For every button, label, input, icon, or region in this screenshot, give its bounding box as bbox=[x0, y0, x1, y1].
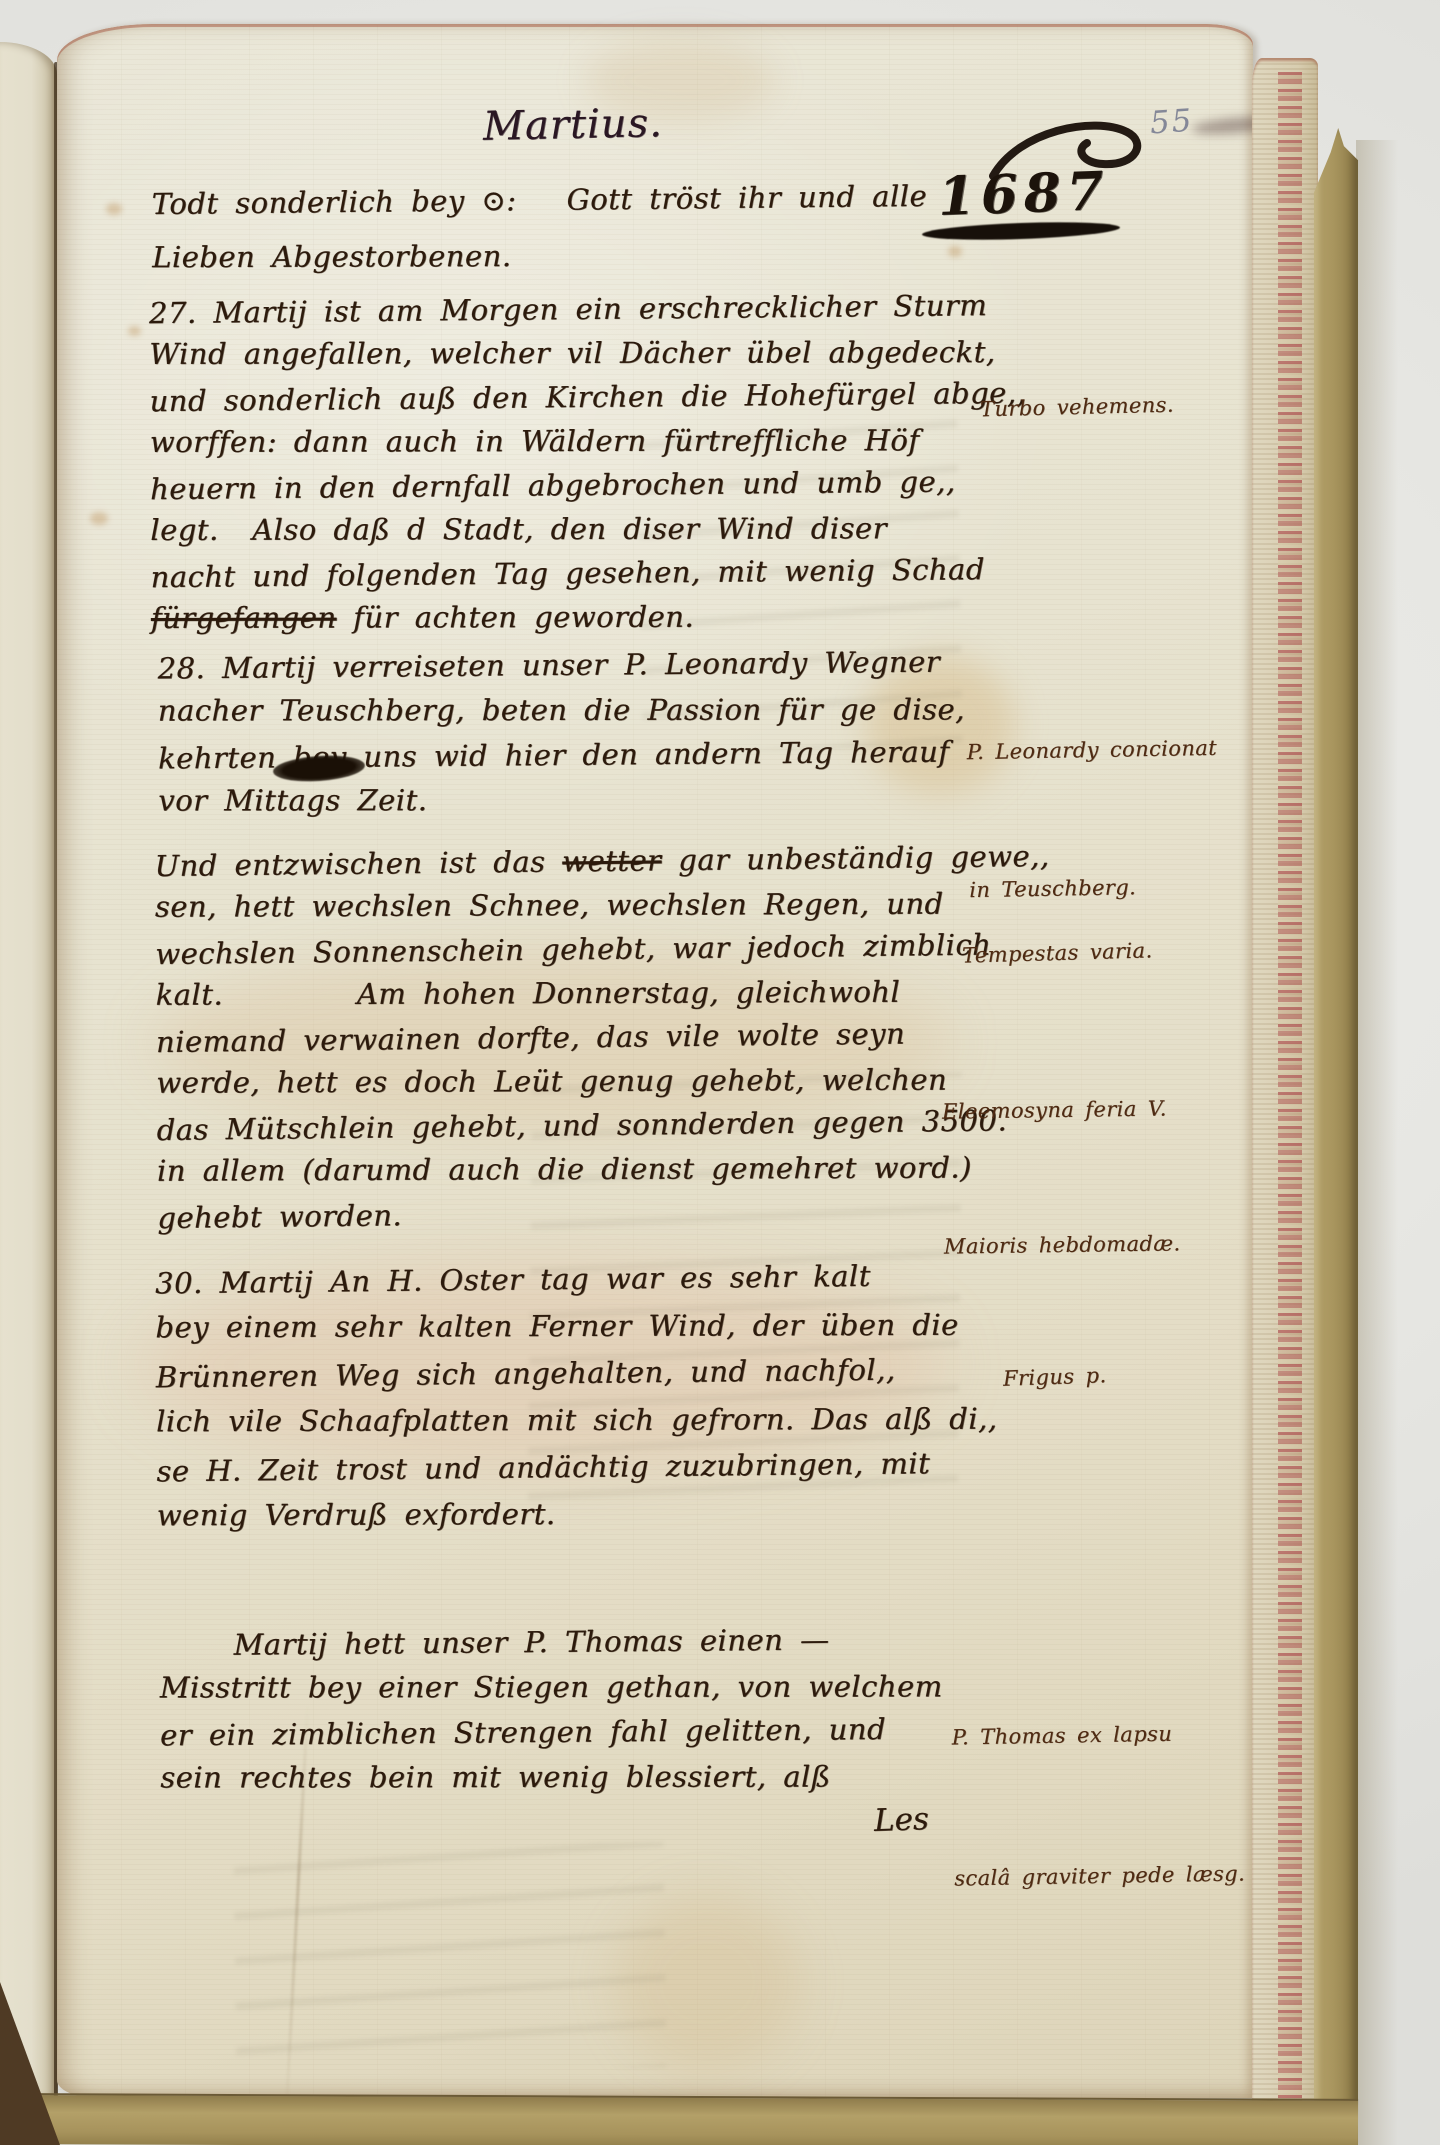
manuscript-line: sen, hett wechslen Schnee, wechslen Rege… bbox=[155, 881, 1050, 929]
foxing-spot bbox=[128, 326, 141, 336]
diary-entry-march-27: 27. Martij ist am Morgen ein erschreckli… bbox=[149, 284, 1028, 641]
manuscript-line: gehebt worden. bbox=[157, 1186, 1052, 1240]
margin-note-line: Turbo vehemens. bbox=[979, 382, 1174, 433]
manuscript-line: Martij hett unser P. Thomas einen — bbox=[159, 1617, 942, 1669]
diary-entry-thomas: Martij hett unser P. Thomas einen — Miss… bbox=[160, 1618, 944, 1802]
manuscript-line: er ein zimblichen Strengen fahl gelitten… bbox=[160, 1707, 943, 1759]
manuscript-line: Todt sonderlich bey ⊙: Gott tröst ihr un… bbox=[152, 168, 928, 232]
diary-entry-intro: Todt sonderlich bey ⊙: Gott tröst ihr un… bbox=[152, 169, 928, 286]
manuscript-line: 27. Martij ist am Morgen ein erschreckli… bbox=[149, 283, 1026, 335]
foxing-spot bbox=[106, 203, 122, 215]
red-sprinkled-edge bbox=[1278, 72, 1302, 2145]
margin-note: Frigus p. bbox=[999, 1260, 1110, 1493]
manuscript-line: 28. Martij verreiseten unser P. Leonardy… bbox=[157, 639, 964, 691]
manuscript-line: wechslen Sonnenschein gehebt, war jedoch… bbox=[155, 922, 1050, 976]
manuscript-line: nacher Teuschberg, beten die Passion für… bbox=[158, 687, 965, 733]
opposite-page-edge bbox=[0, 42, 57, 2098]
margin-note-line: scalâ graviter pede læsg. bbox=[954, 1850, 1246, 1902]
year-notation: 1687 bbox=[937, 160, 1111, 228]
cover-shadow bbox=[1356, 140, 1398, 2145]
margin-note-line: P. Thomas ex lapsu bbox=[951, 1709, 1243, 1761]
vellum-bottom-edge bbox=[34, 2093, 1358, 2145]
manuscript-line: 30. Martij An H. Oster tag war es sehr k… bbox=[155, 1252, 997, 1308]
margin-note: Turbo vehemens. bbox=[977, 290, 1176, 525]
manuscript-line: legt. Also daß d Stadt, den diser Wind d… bbox=[150, 506, 1027, 552]
folio-number: 55 bbox=[1149, 103, 1195, 142]
manuscript-line: das Mütschlein gehebt, und sonnderden ge… bbox=[156, 1098, 1051, 1152]
manuscript-line: worffen: dann auch in Wäldern fürtreffli… bbox=[150, 418, 1027, 464]
diary-entry-march-28: 28. Martij verreiseten unser P. Leonardy… bbox=[158, 641, 966, 825]
manuscript-line: sein rechtes bein mit wenig blessiert, a… bbox=[160, 1754, 943, 1800]
manuscript-line: heuern in den dernfall abgebrochen und u… bbox=[150, 459, 1027, 511]
struck-word: fürgefangen bbox=[151, 601, 337, 635]
margin-note-line: P. Leonardy concionat bbox=[966, 725, 1217, 775]
struck-word: wetter bbox=[562, 843, 662, 878]
manuscript-line: Lieben Abgestorbenen. bbox=[152, 227, 928, 285]
month-heading: Martius. bbox=[483, 100, 664, 150]
diary-entry-march-30: 30. Martij An H. Oster tag war es sehr k… bbox=[155, 1253, 998, 1541]
manuscript-line: Wind angefallen, welcher vil Dächer übel… bbox=[149, 330, 1026, 376]
manuscript-line: und sonderlich auß den Kirchen die Hohef… bbox=[149, 371, 1026, 423]
manuscript-line: Und entzwischen ist das wetter gar unbes… bbox=[154, 834, 1049, 888]
margin-note-line: Frigus p. bbox=[1002, 1352, 1107, 1402]
manuscript-line: nacht und folgenden Tag gesehen, mit wen… bbox=[150, 547, 1027, 599]
margin-note: P. Thomas ex lapsu scalâ graviter pede l… bbox=[950, 1615, 1247, 1996]
foxing-spot bbox=[948, 246, 962, 257]
manuscript-line: lich vile Schaafplatten mit sich gefrorn… bbox=[156, 1396, 998, 1446]
manuscript-line: in allem (darumd auch die dienst gemehre… bbox=[157, 1145, 1052, 1193]
manuscript-line: werde, hett es doch Leüt genug gehebt, w… bbox=[156, 1057, 1051, 1105]
manuscript-line: Brünneren Weg sich angehalten, und nachf… bbox=[156, 1346, 998, 1402]
manuscript-line: bey einem sehr kalten Ferner Wind, der ü… bbox=[155, 1302, 997, 1352]
fore-edge-pages bbox=[1252, 58, 1318, 2145]
foxing-spot bbox=[90, 512, 108, 525]
diary-entry-weather: Und entzwischen ist das wetter gar unbes… bbox=[154, 835, 1052, 1238]
vellum-cover-edge bbox=[1314, 128, 1358, 2145]
manuscript-line: kalt. Am hohen Donnerstag, gleichwohl bbox=[156, 969, 1051, 1017]
manuscript-line: niemand verwainen dorfte, das vile wolte… bbox=[156, 1010, 1051, 1064]
manuscript-line: wenig Verdruß exfordert. bbox=[157, 1490, 999, 1540]
catchword: Les bbox=[873, 1801, 929, 1839]
manuscript-line: vor Mittags Zeit. bbox=[158, 777, 965, 823]
manuscript-line: se H. Zeit trost und andächtig zuzubring… bbox=[156, 1440, 998, 1496]
manuscript-line: Misstritt bey einer Stiegen gethan, von … bbox=[160, 1664, 943, 1710]
manuscript-line: fürgefangen für achten geworden. bbox=[151, 594, 1028, 640]
margin-note-line: Eleemosyna feria V. bbox=[942, 1086, 1179, 1134]
manuscript-photo: Martius. 55 1687 Todt sonderlich bey ⊙: … bbox=[0, 0, 1440, 2145]
margin-note-line: Tempestas varia. bbox=[961, 927, 1153, 978]
